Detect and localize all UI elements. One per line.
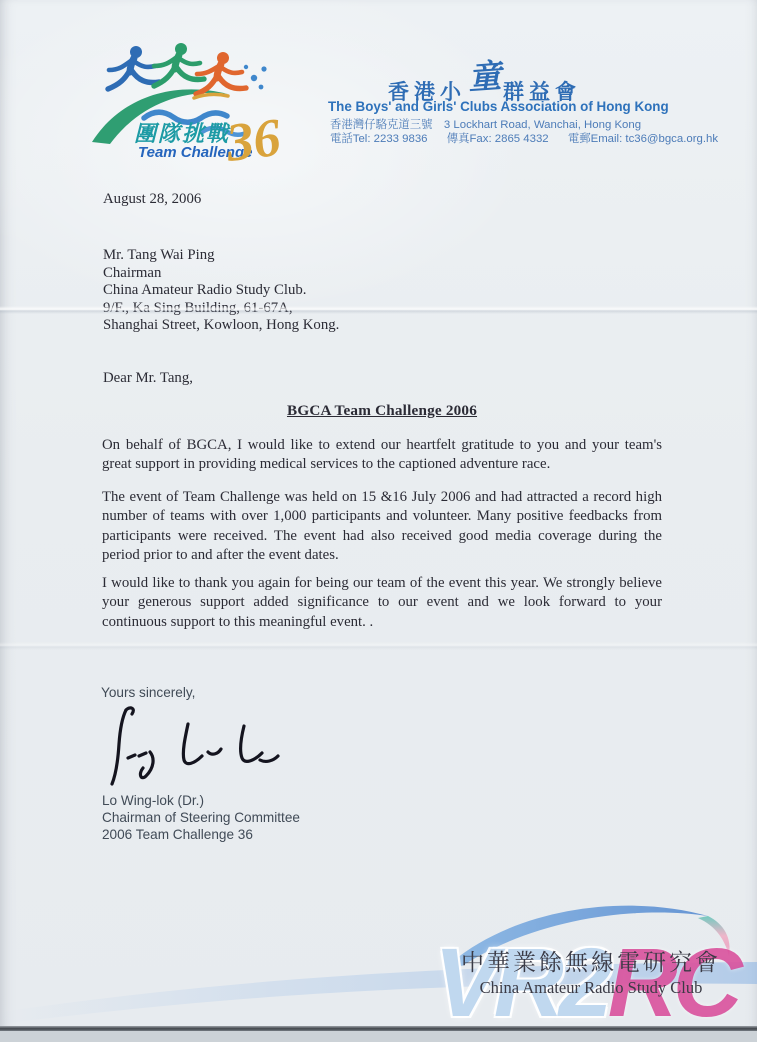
signer-title: Chairman of Steering Committee [102, 809, 300, 826]
recipient-address-block: Mr. Tang Wai Ping Chairman China Amateur… [103, 247, 339, 335]
recipient-line: Chairman [103, 265, 339, 283]
org-name-english: The Boys' and Girls' Clubs Association o… [328, 99, 669, 114]
logo-droplet [261, 66, 266, 71]
body-paragraph: The event of Team Challenge was held on … [102, 488, 662, 566]
logo-droplet [244, 65, 248, 69]
logo-droplet [259, 85, 264, 90]
recipient-line: Mr. Tang Wai Ping [103, 247, 339, 265]
paper-fold-crease [0, 642, 757, 650]
club-name-chinese: 中華業餘無線電研究會 [438, 944, 744, 977]
recipient-line: China Amateur Radio Study Club. [103, 282, 339, 300]
runner-green-icon [154, 43, 204, 86]
recipient-line: 9/F., Ka Sing Building, 61-67A, [103, 300, 339, 318]
body-paragraph: I would like to thank you again for bein… [102, 574, 662, 632]
recipient-line: Shanghai Street, Kowloon, Hong Kong. [103, 317, 339, 335]
logo-droplet [251, 75, 257, 81]
signer-event: 2006 Team Challenge 36 [102, 826, 300, 843]
club-name-stamp: 中華業餘無線電研究會 China Amateur Radio Study Clu… [438, 944, 744, 998]
team-challenge-logo: 團隊挑戰 Team Challenge 36 [86, 38, 298, 166]
body-paragraph: On behalf of BGCA, I would like to exten… [102, 436, 662, 475]
logo-title-zh: 團隊挑戰 [134, 121, 231, 146]
org-contact-line: 電話Tel: 2233 9836 傳真Fax: 2865 4332 電郵Emai… [330, 130, 734, 146]
runner-orange-icon [196, 52, 246, 94]
org-name-zh-calligraphy-mark: 童 [466, 50, 502, 99]
letter-date: August 28, 2006 [103, 191, 201, 208]
closing-phrase: Yours sincerely, [101, 684, 195, 701]
salutation: Dear Mr. Tang, [103, 370, 193, 387]
team-challenge-logo-icon: 團隊挑戰 Team Challenge 36 [86, 38, 298, 166]
org-tel: 電話Tel: 2233 9836 [330, 133, 428, 145]
handwritten-signature [92, 700, 302, 796]
signature-block: Lo Wing-lok (Dr.) Chairman of Steering C… [102, 792, 300, 844]
scanned-letter-page: 團隊挑戰 Team Challenge 36 香港小童群益會 The Boys'… [0, 0, 757, 1042]
signer-name: Lo Wing-lok (Dr.) [102, 792, 300, 809]
org-email: 電郵Email: tc36@bgca.org.hk [568, 133, 718, 145]
subject-line: BGCA Team Challenge 2006 [102, 402, 662, 420]
org-fax: 傳真Fax: 2865 4332 [447, 133, 549, 145]
logo-gold-accent [194, 94, 228, 98]
club-name-english: China Amateur Radio Study Club [438, 978, 744, 998]
logo-edition-number: 36 [222, 107, 284, 166]
runner-blue-icon [108, 46, 159, 89]
